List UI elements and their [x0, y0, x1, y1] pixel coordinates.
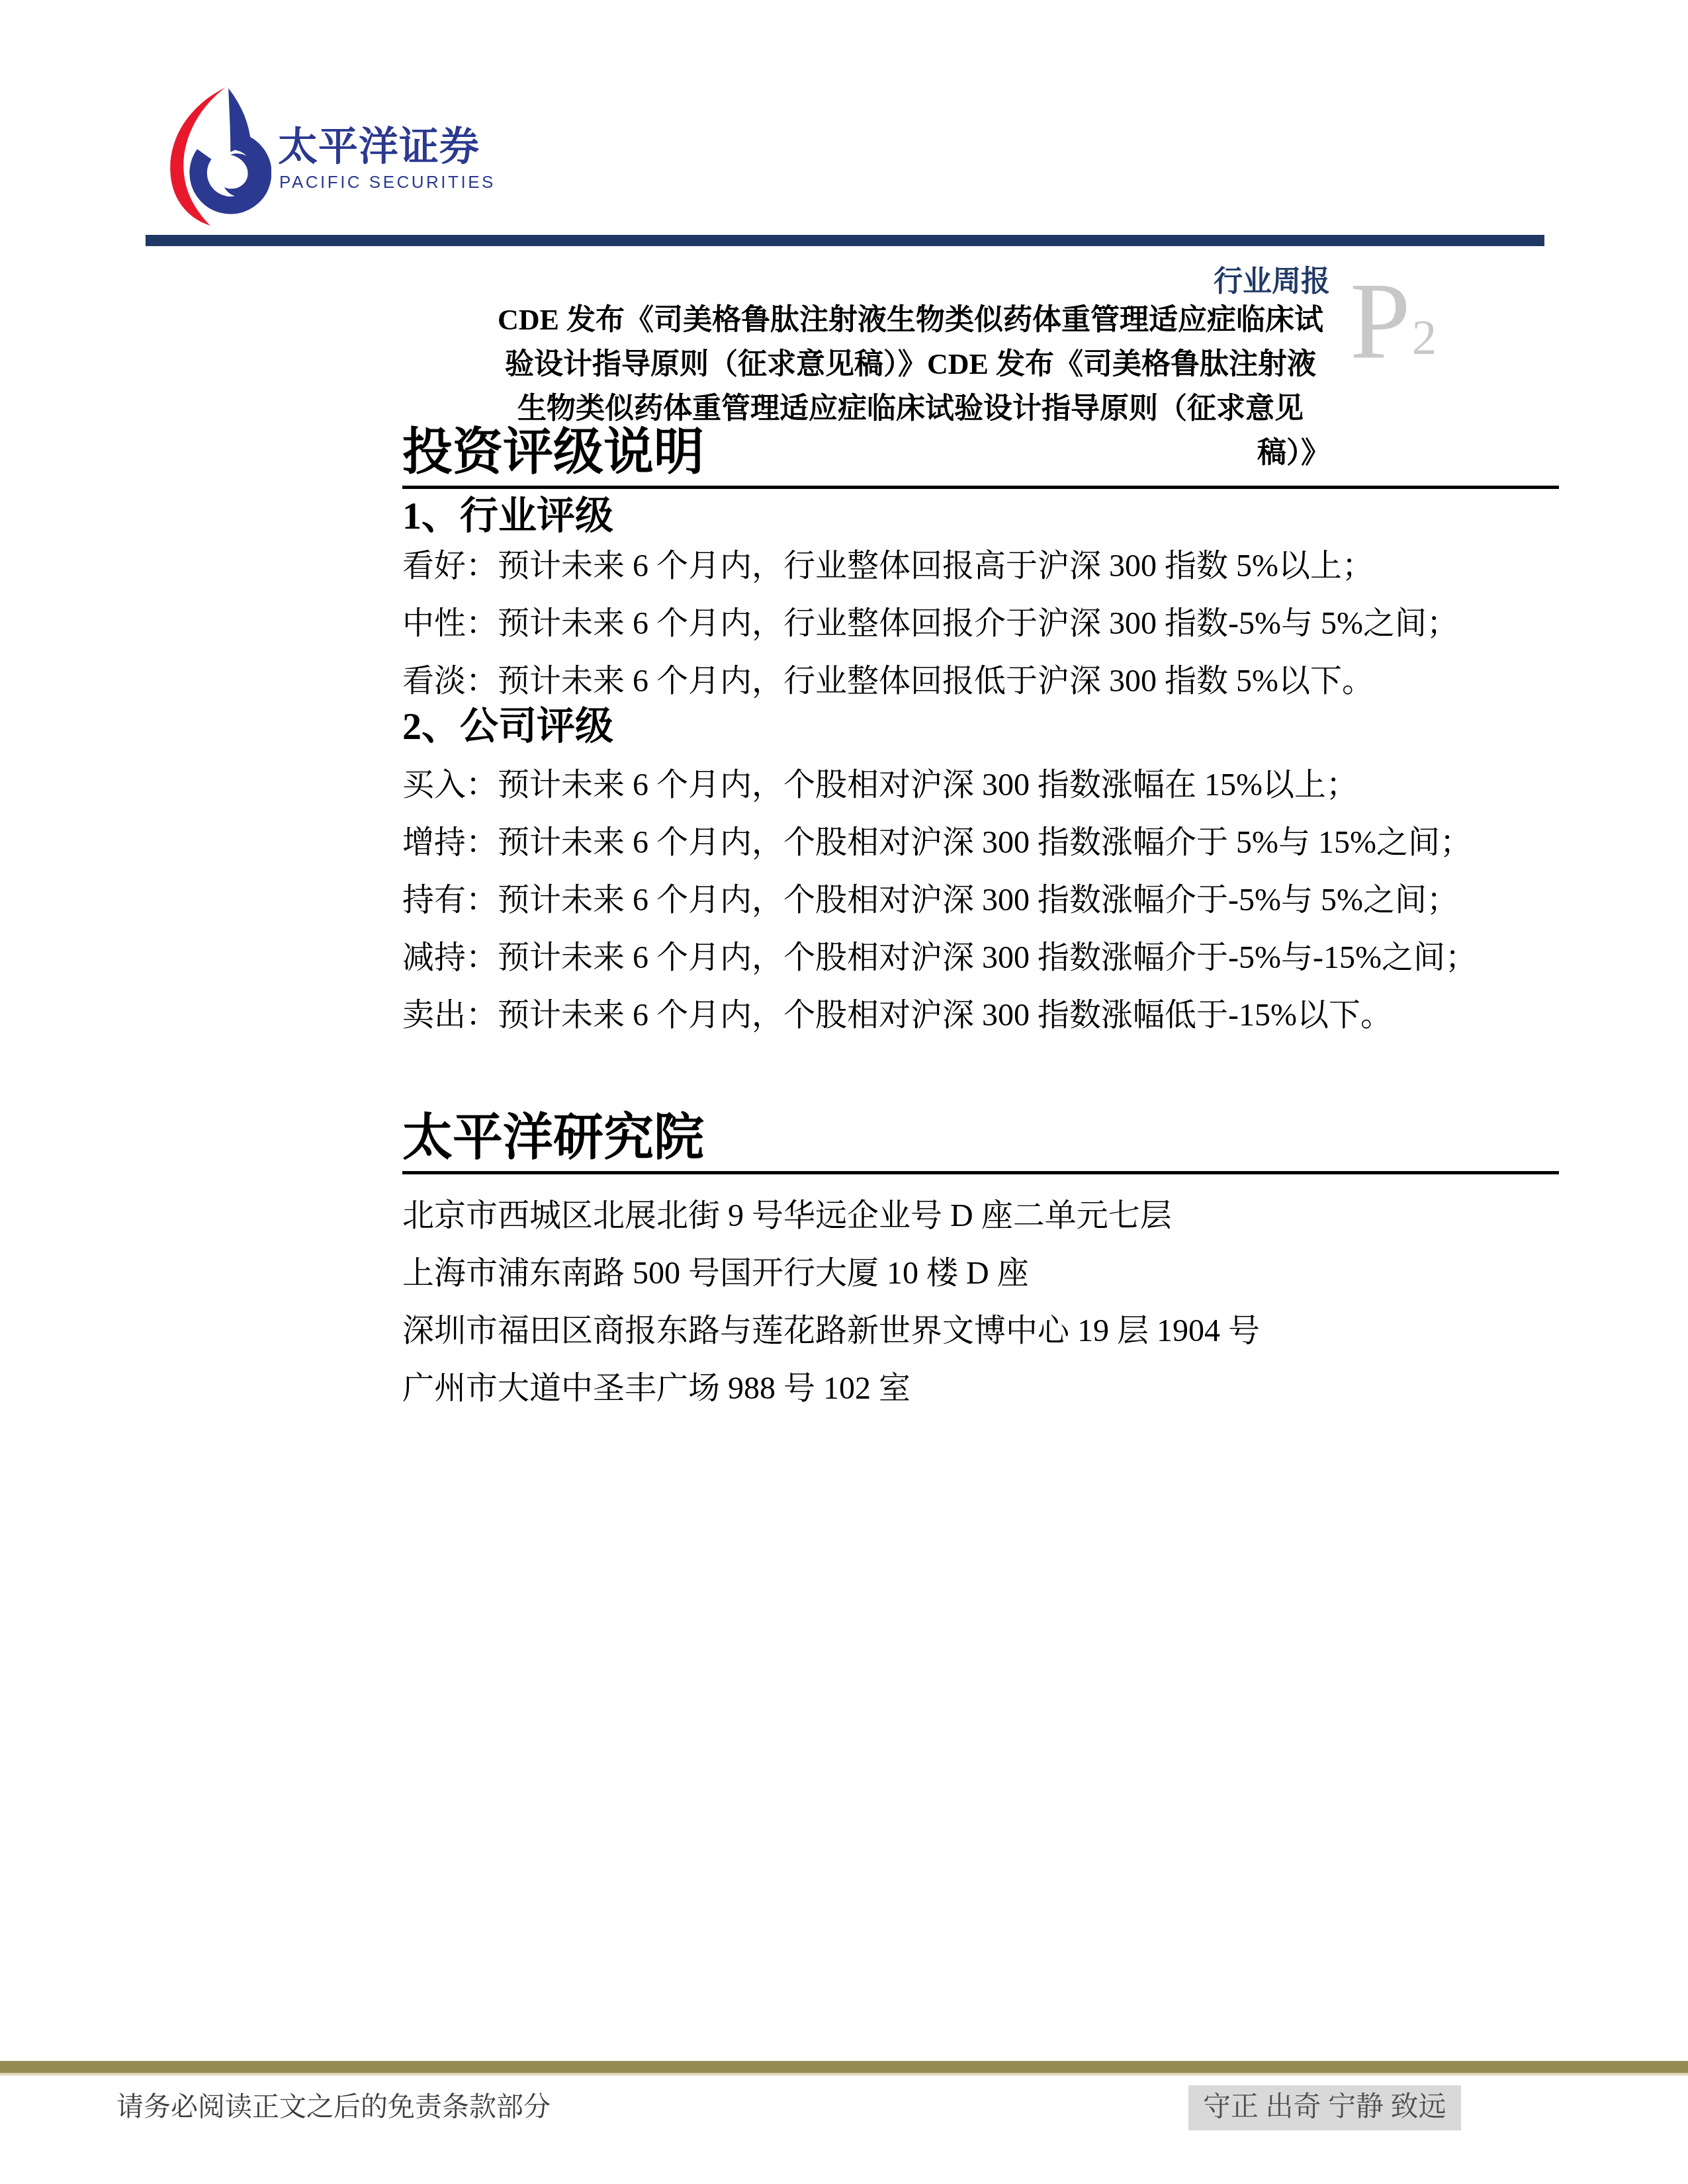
title-line: 验设计指导原则（征求意见稿）》CDE 发布《司美格鲁肽注射液: [491, 342, 1330, 386]
footer-divider: [0, 2061, 1688, 2075]
header-divider: [146, 235, 1544, 246]
industry-rating-item: 看好：预计未来 6 个月内，行业整体回报高于沪深 300 指数 5%以上；: [402, 548, 1567, 585]
industry-rating-item: 看淡：预计未来 6 个月内，行业整体回报低于沪深 300 指数 5%以下。: [402, 663, 1567, 700]
company-rating-item: 增持：预计未来 6 个月内，个股相对沪深 300 指数涨幅介于 5%与 15%之…: [402, 824, 1567, 861]
institute-address: 上海市浦东南路 500 号国开行大厦 10 楼 D 座: [402, 1255, 1567, 1292]
page-number-letter: P: [1350, 277, 1411, 366]
report-page: 太平洋证券 PACIFIC SECURITIES 行业周报 P 2 CDE 发布…: [0, 0, 1688, 2184]
institute-address: 北京市西城区北展北街 9 号华远企业号 D 座二单元七层: [402, 1198, 1567, 1235]
institute-address: 深圳市福田区商报东路与莲花路新世界文博中心 19 层 1904 号: [402, 1313, 1567, 1350]
institute-address: 广州市大道中圣丰广场 988 号 102 室: [402, 1370, 1567, 1407]
industry-rating-item: 中性：预计未来 6 个月内，行业整体回报介于沪深 300 指数-5%与 5%之间…: [402, 605, 1567, 642]
company-rating-item: 持有：预计未来 6 个月内，个股相对沪深 300 指数涨幅介于-5%与 5%之间…: [402, 882, 1567, 919]
footer-disclaimer: 请务必阅读正文之后的免责条款部分: [116, 2091, 551, 2123]
company-rating-item: 买入：预计未来 6 个月内，个股相对沪深 300 指数涨幅在 15%以上；: [402, 767, 1567, 804]
title-line: CDE 发布《司美格鲁肽注射液生物类似药体重管理适应症临床试: [491, 298, 1330, 342]
logo-company-name-en: PACIFIC SECURITIES: [279, 173, 496, 191]
company-rating-heading: 2、公司评级: [402, 705, 613, 748]
industry-rating-heading: 1、行业评级: [402, 495, 613, 537]
title-line: 生物类似药体重管理适应症临床试验设计指导原则（征求意见: [491, 386, 1330, 431]
pacific-securities-logo-icon: [157, 86, 271, 226]
institute-section-title: 太平洋研究院: [402, 1110, 1559, 1174]
page-number-digit: 2: [1412, 320, 1437, 357]
company-rating-item: 卖出：预计未来 6 个月内，个股相对沪深 300 指数涨幅低于-15%以下。: [402, 997, 1567, 1034]
rating-section-title: 投资评级说明: [402, 425, 1559, 489]
logo-company-name-cn: 太平洋证券: [278, 127, 480, 167]
report-type-label: 行业周报: [1214, 266, 1330, 298]
page-number: P 2: [1350, 277, 1437, 366]
company-rating-item: 减持：预计未来 6 个月内，个股相对沪深 300 指数涨幅介于-5%与-15%之…: [402, 939, 1567, 977]
footer-motto: 守正 出奇 宁静 致远: [1188, 2085, 1461, 2130]
